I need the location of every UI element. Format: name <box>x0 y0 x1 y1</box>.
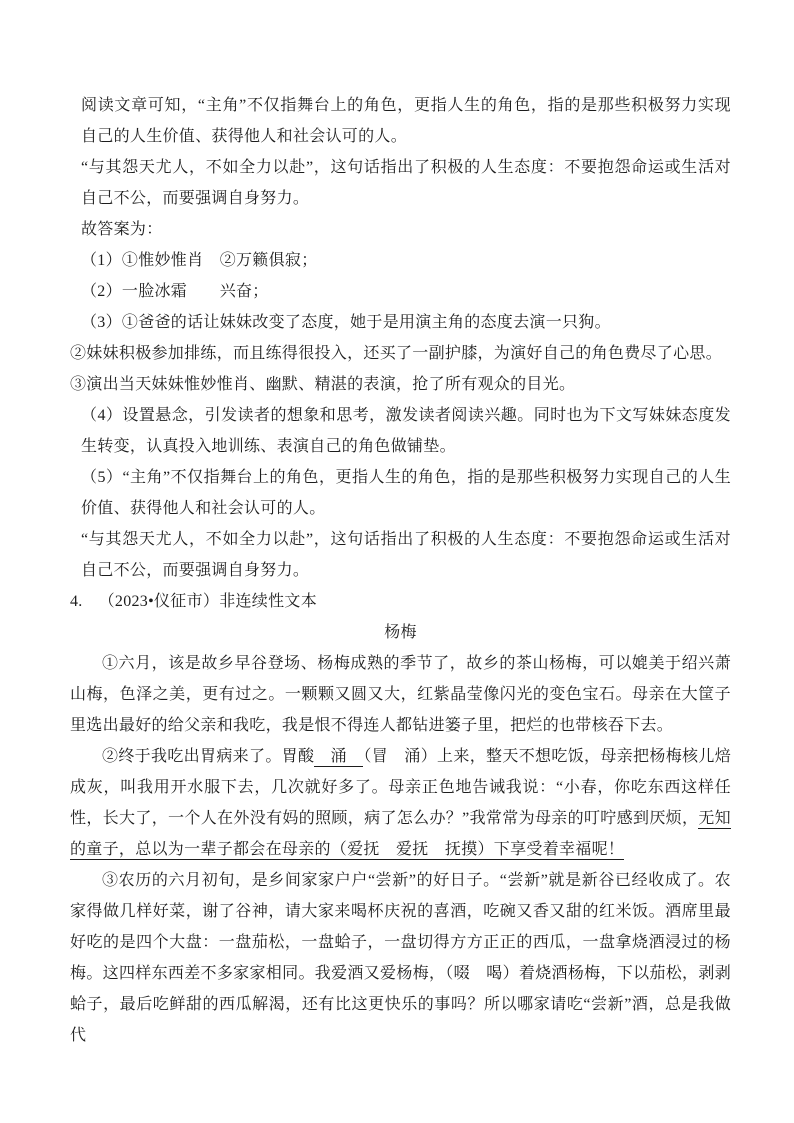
answer-paragraph: 故答案为： <box>70 214 731 245</box>
answer-paragraph: （2）一脸冰霜 兴奋； <box>70 276 731 307</box>
text-run: ①六月，该是故乡早谷登场、杨梅成熟的季节了，故乡的茶山杨梅，可以媲美于绍兴萧山梅… <box>70 655 731 734</box>
text-run: ②妹妹积极参加排练，而且练得很投入，还买了一副护膝，为演好自己的角色费尽了心思。 <box>70 345 722 362</box>
question-4-header: 4.（2023•仪征市）非连续性文本 <box>70 586 731 617</box>
text-run: “与其怨天尤人，不如全力以赴”，这句话指出了积极的人生态度：不要抱怨命运或生活对… <box>81 531 731 579</box>
essay-title: 杨梅 <box>70 617 731 648</box>
text-run: （2）一脸冰霜 兴奋； <box>81 283 269 300</box>
question-number: 4. <box>70 593 83 610</box>
essay-body: ①六月，该是故乡早谷登场、杨梅成熟的季节了，故乡的茶山杨梅，可以媲美于绍兴萧山梅… <box>70 648 731 1051</box>
answer-section: 阅读文章可知，“主角”不仅指舞台上的角色，更指人生的角色，指的是那些积极努力实现… <box>70 90 731 586</box>
essay-paragraph: ③农历的六月初旬，是乡间家家户户“尝新”的好日子。“尝新”就是新谷已经收成了。农… <box>70 865 731 1051</box>
answer-paragraph: “与其怨天尤人，不如全力以赴”，这句话指出了积极的人生态度：不要抱怨命运或生活对… <box>70 524 731 586</box>
text-run: ③演出当天妹妹惟妙惟肖、幽默、精湛的表演，抢了所有观众的目光。 <box>70 376 575 393</box>
essay-paragraph: ②终于我吃出胃病来了。胃酸 涌 （冒 涌）上来，整天不想吃饭，母亲把杨梅核儿焙成… <box>70 741 731 865</box>
text-run: （5）“主角”不仅指舞台上的角色，更指人生的角色，指的是那些积极努力实现自己的人… <box>81 469 731 517</box>
question-source-and-type: （2023•仪征市）非连续性文本 <box>99 593 317 610</box>
answer-paragraph: ③演出当天妹妹惟妙惟肖、幽默、精湛的表演，抢了所有观众的目光。 <box>70 369 731 400</box>
answer-paragraph: 阅读文章可知，“主角”不仅指舞台上的角色，更指人生的角色，指的是那些积极努力实现… <box>70 90 731 152</box>
answer-paragraph: （4）设置悬念，引发读者的想象和思考，激发读者阅读兴趣。同时也为下文写妹妹态度发… <box>70 400 731 462</box>
text-run: “与其怨天尤人，不如全力以赴”，这句话指出了积极的人生态度：不要抱怨命运或生活对… <box>81 159 731 207</box>
answer-paragraph: “与其怨天尤人，不如全力以赴”，这句话指出了积极的人生态度：不要抱怨命运或生活对… <box>70 152 731 214</box>
text-run: 故答案为： <box>81 221 163 238</box>
answer-paragraph: （3）①爸爸的话让妹妹改变了态度，她于是用演主角的态度去演一只狗。 <box>70 307 731 338</box>
text-run: （1）①惟妙惟肖 ②万籁俱寂； <box>81 252 318 269</box>
essay-paragraph: ①六月，该是故乡早谷登场、杨梅成熟的季节了，故乡的茶山杨梅，可以媲美于绍兴萧山梅… <box>70 648 731 741</box>
answer-paragraph: ②妹妹积极参加排练，而且练得很投入，还买了一副护膝，为演好自己的角色费尽了心思。 <box>70 338 731 369</box>
document-page: 阅读文章可知，“主角”不仅指舞台上的角色，更指人生的角色，指的是那些积极努力实现… <box>0 0 794 1123</box>
text-run: （3）①爸爸的话让妹妹改变了态度，她于是用演主角的态度去演一只狗。 <box>81 314 611 331</box>
text-run: 阅读文章可知，“主角”不仅指舞台上的角色，更指人生的角色，指的是那些积极努力实现… <box>81 97 731 145</box>
underlined-text: 涌 <box>314 748 363 767</box>
document-content: 阅读文章可知，“主角”不仅指舞台上的角色，更指人生的角色，指的是那些积极努力实现… <box>70 90 731 1051</box>
text-run: （4）设置悬念，引发读者的想象和思考，激发读者阅读兴趣。同时也为下文写妹妹态度发… <box>81 407 731 455</box>
answer-paragraph: （5）“主角”不仅指舞台上的角色，更指人生的角色，指的是那些积极努力实现自己的人… <box>70 462 731 524</box>
text-run: ③农历的六月初旬，是乡间家家户户“尝新”的好日子。“尝新”就是新谷已经收成了。农… <box>70 872 731 1044</box>
answer-paragraph: （1）①惟妙惟肖 ②万籁俱寂； <box>70 245 731 276</box>
text-run: ②终于我吃出胃病来了。胃酸 <box>102 748 314 765</box>
